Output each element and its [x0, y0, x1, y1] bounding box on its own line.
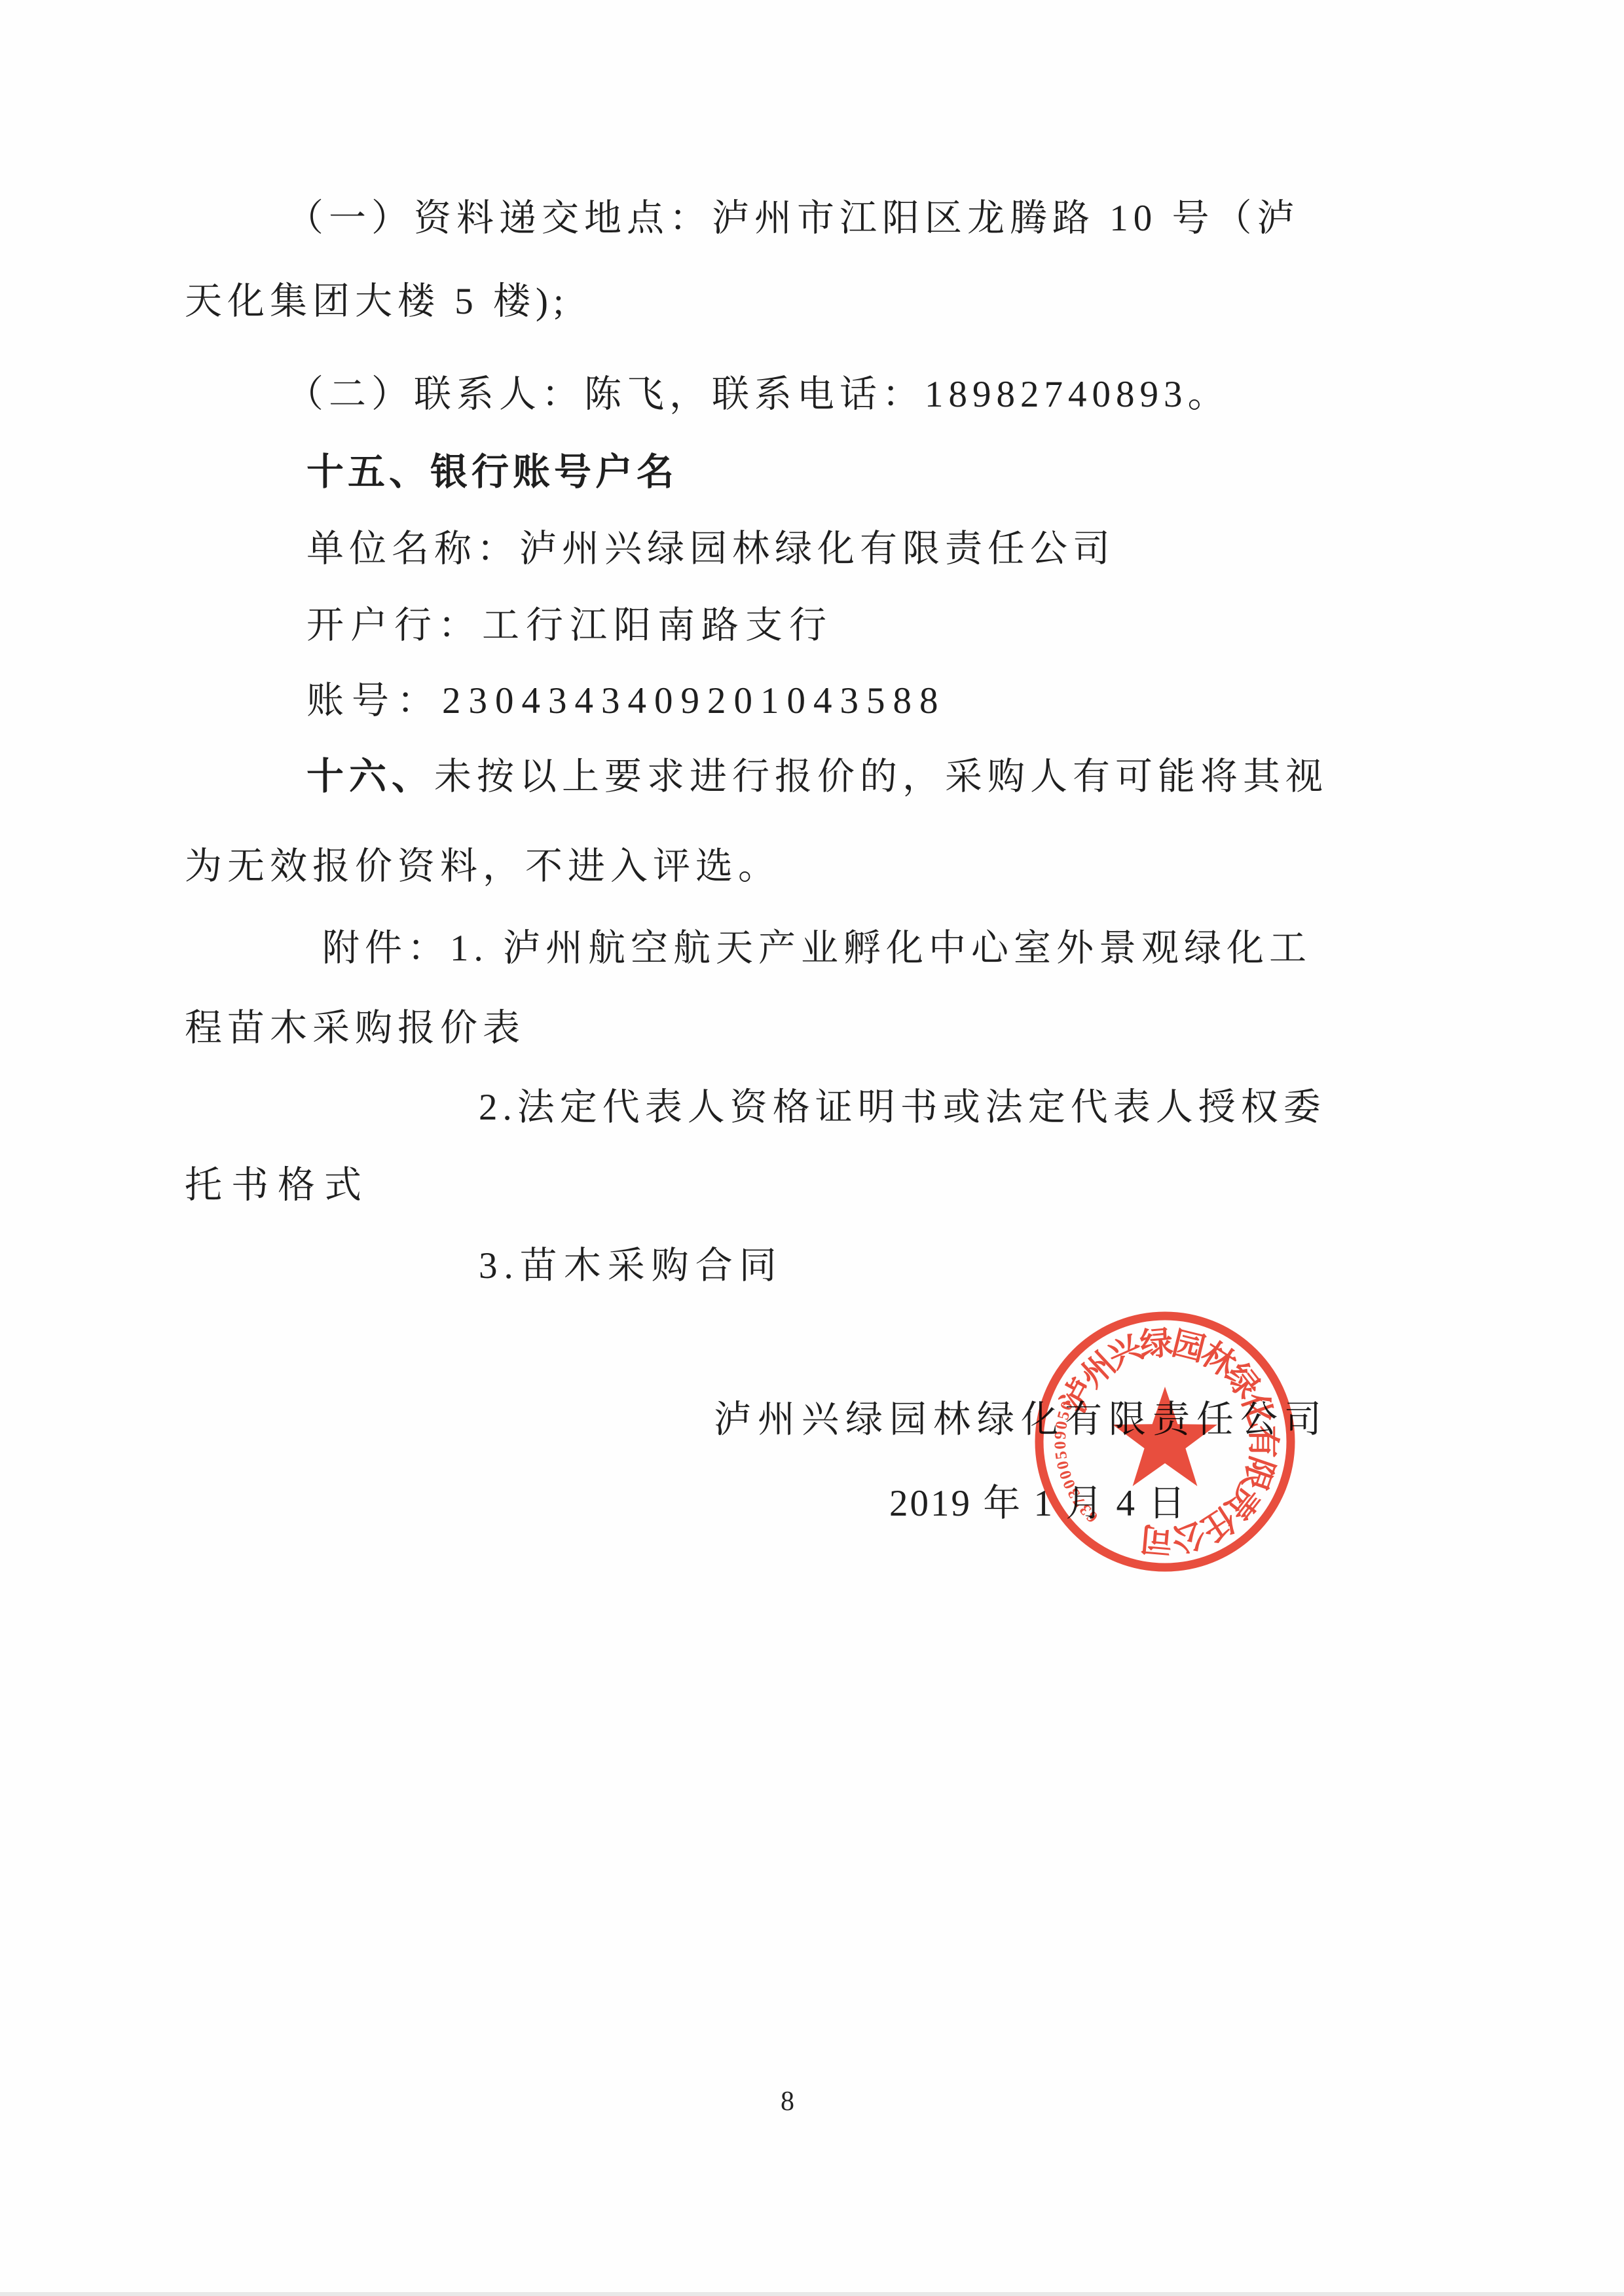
- attachment-2-line-2: 托书格式: [185, 1167, 371, 1204]
- svg-text:0: 0: [1052, 1441, 1069, 1449]
- section-16-number: 十六、: [306, 756, 434, 797]
- svg-text:9: 9: [1052, 1430, 1070, 1440]
- official-seal-stamp: 泸州兴绿园林绿化有限责任公司 0509050003736: [1025, 1302, 1305, 1582]
- svg-text:司: 司: [1139, 1520, 1175, 1559]
- svg-text:5: 5: [1052, 1450, 1071, 1461]
- document-page: （一）资料递交地点：泸州市江阳区龙腾路 10 号（泸 天化集团大楼 5 楼); …: [0, 0, 1624, 2296]
- section-15-heading: 十五、银行账号户名: [306, 454, 678, 491]
- section-16-text: 未按以上要求进行报价的，采购人有可能将其视: [434, 756, 1328, 797]
- stamp-star-icon: [1113, 1387, 1217, 1486]
- paragraph-14-1-line-1: （一）资料递交地点：泸州市江阳区龙腾路 10 号（泸: [286, 200, 1300, 237]
- attachment-2-line-1: 2.法定代表人资格证明书或法定代表人授权委: [479, 1089, 1326, 1126]
- bank-branch: 开户行：工行江阳南路支行: [306, 607, 833, 644]
- page-number: 8: [781, 2086, 794, 2117]
- attachment-1-line-2: 程苗木采购报价表: [185, 1010, 525, 1047]
- section-16-line-1: 十六、未按以上要求进行报价的，采购人有可能将其视: [306, 758, 1328, 795]
- bank-account-name: 单位名称：泸州兴绿园林绿化有限责任公司: [306, 530, 1115, 568]
- attachment-1-line-1: 附件：1. 泸州航空航天产业孵化中心室外景观绿化工: [322, 930, 1312, 967]
- paragraph-14-1-line-2: 天化集团大楼 5 楼);: [185, 283, 569, 320]
- attachment-3: 3.苗木采购合同: [479, 1247, 783, 1285]
- section-16-line-2: 为无效报价资料，不进入评选。: [185, 848, 781, 885]
- scan-edge-artifact: [0, 2292, 1624, 2296]
- paragraph-14-2: （二）联系人：陈飞，联系电话：18982740893。: [286, 376, 1230, 413]
- bank-account-number: 账号：2304343409201043588: [306, 682, 946, 720]
